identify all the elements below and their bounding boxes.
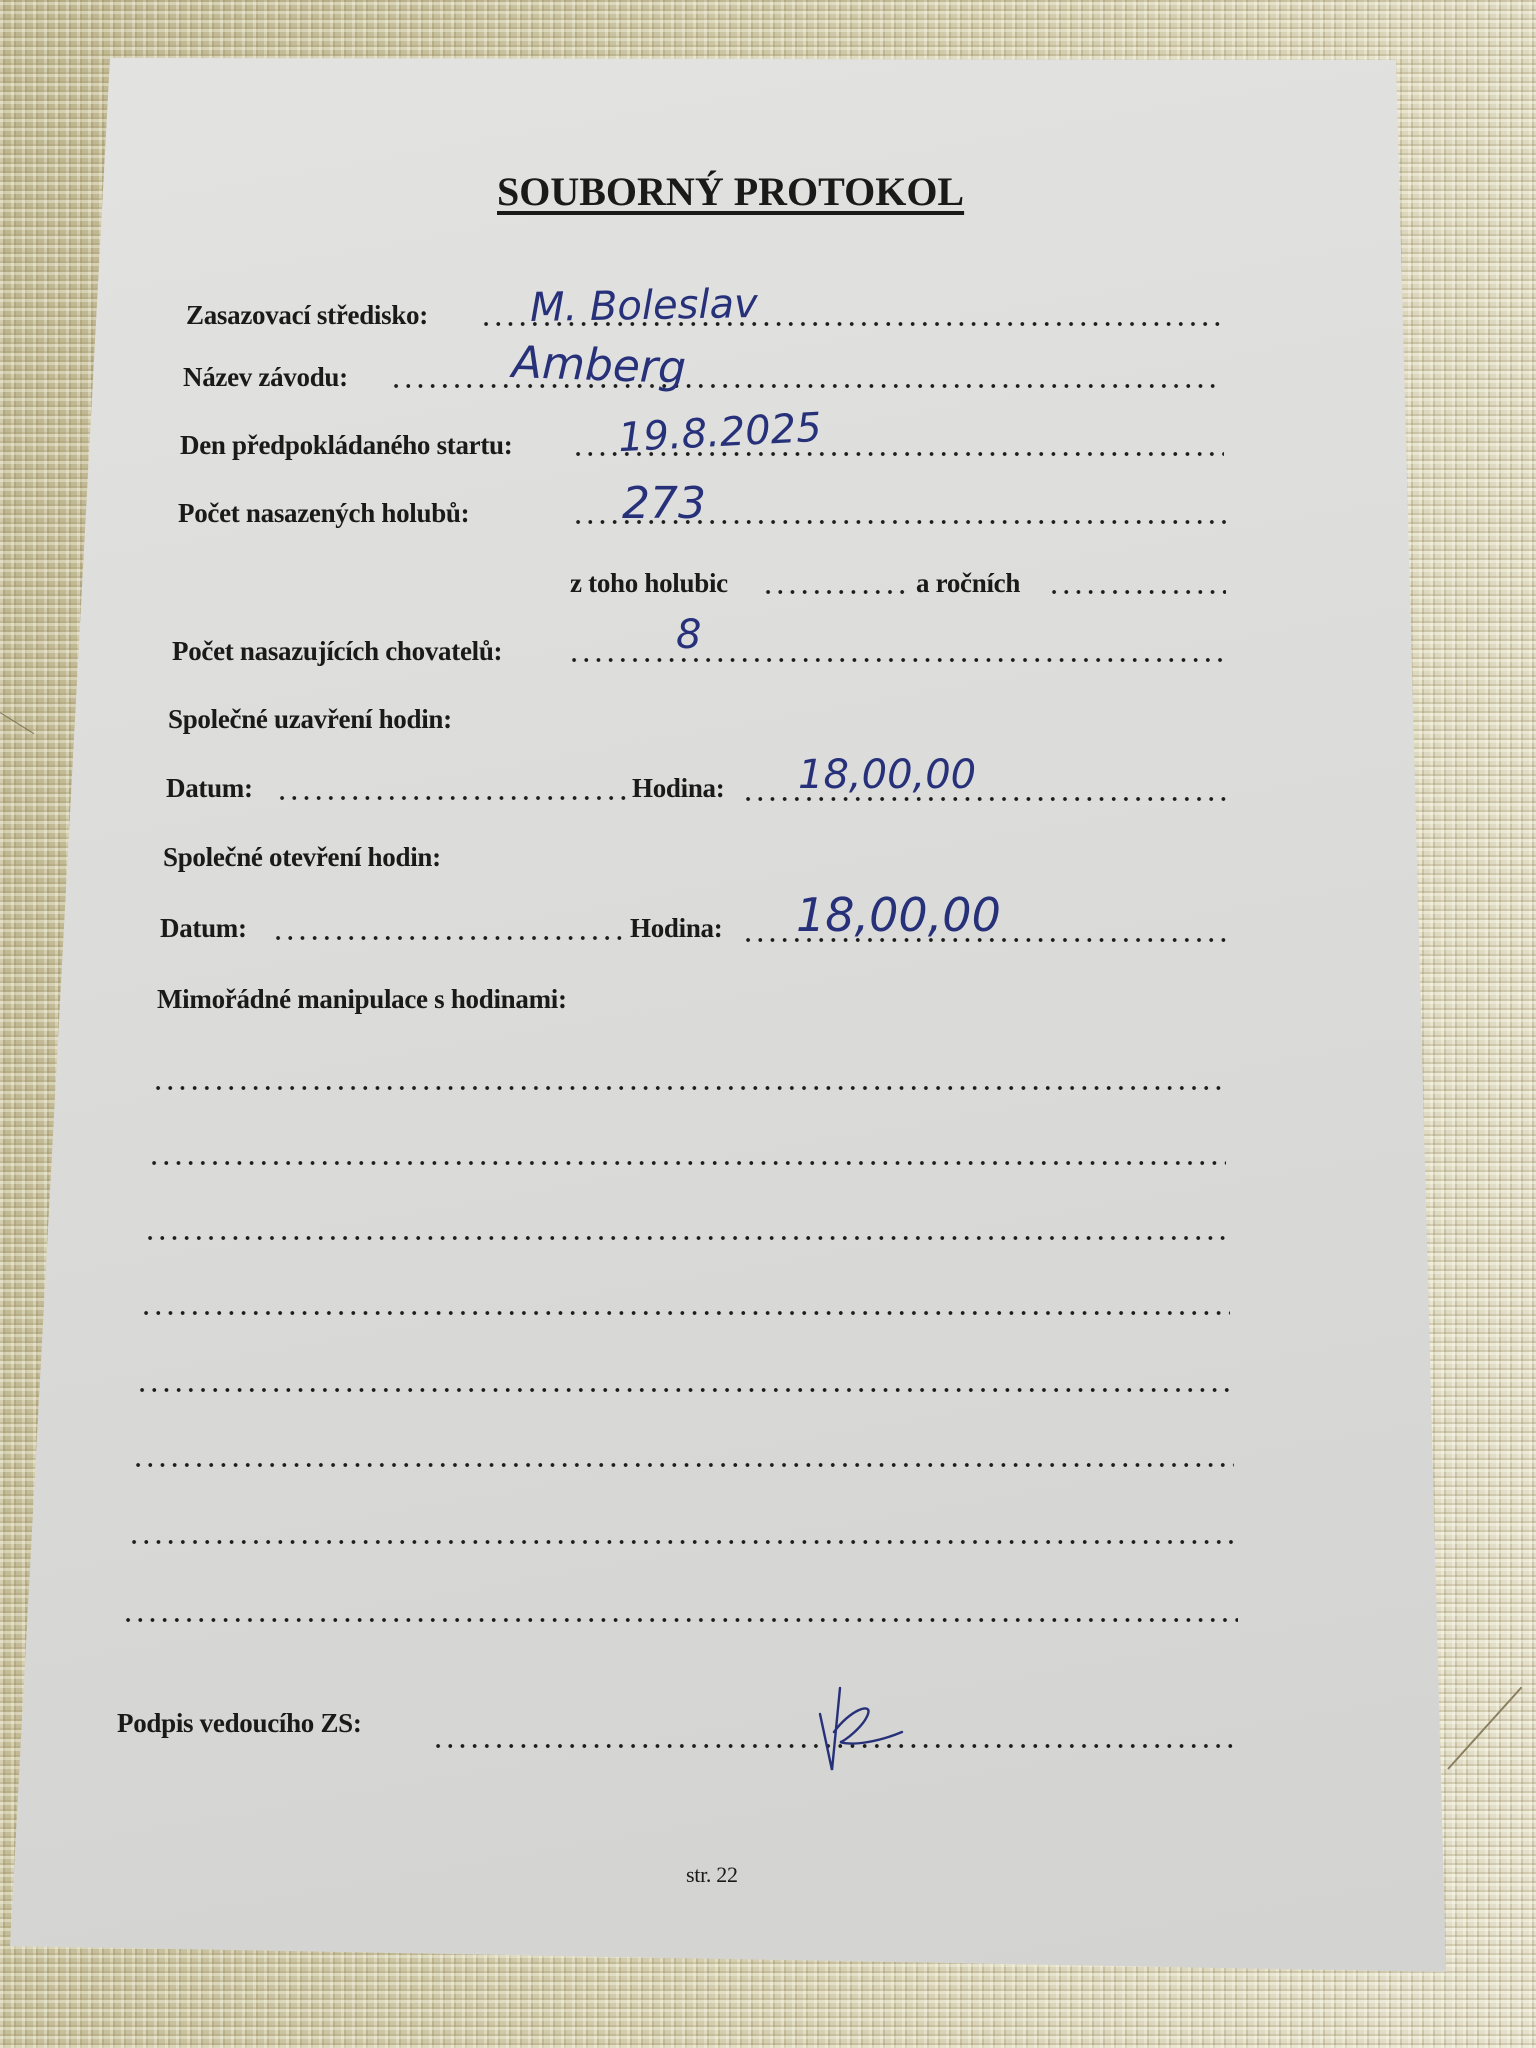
pigeon-count-label: Počet nasazených holubů: [178,498,469,529]
signature-label: Podpis vedoucího ZS: [117,1708,362,1739]
hens-dotted-line[interactable] [762,590,910,594]
clock-opening-time-label: Hodina: [630,913,722,944]
clock-closing-heading: Společné uzavření hodin: [168,704,452,735]
pigeon-count-handwritten-value: 273 [622,478,706,529]
manipulations-line-3[interactable] [144,1236,1228,1240]
page-title: SOUBORNÝ PROTOKOL [497,168,964,215]
race-name-handwritten-value: Amberg [511,337,687,394]
manipulations-line-4[interactable] [140,1311,1230,1315]
breeder-count-label: Počet nasazujících chovatelů: [172,636,502,667]
race-name-label: Název závodu: [183,362,348,393]
clock-opening-time-handwritten-value: 18,00,00 [796,888,1001,942]
center-label: Zasazovací středisko: [186,300,428,331]
clock-opening-date-dotted-line[interactable] [272,936,624,940]
manipulations-line-8[interactable] [122,1618,1238,1622]
center-handwritten-value: M. Boleslav [530,281,758,331]
manipulations-line-1[interactable] [152,1086,1225,1090]
breeder-count-dotted-line[interactable] [568,658,1228,662]
table-scratch-mark [0,712,34,734]
manipulations-line-2[interactable] [148,1161,1226,1165]
clock-closing-date-dotted-line[interactable] [276,796,626,800]
manipulations-line-7[interactable] [128,1540,1236,1544]
manipulations-line-5[interactable] [136,1388,1232,1392]
clock-closing-time-handwritten-value: 18,00,00 [798,752,976,798]
hens-label: z toho holubic [570,568,728,599]
manipulations-heading: Mimořádné manipulace s hodinami: [157,984,567,1015]
clock-opening-heading: Společné otevření hodin: [163,842,441,873]
clock-closing-time-label: Hodina: [632,773,724,804]
yearlings-label: a ročních [916,568,1020,599]
clock-opening-date-label: Datum: [160,913,247,944]
manipulations-line-6[interactable] [132,1463,1234,1467]
clock-closing-date-label: Datum: [166,773,253,804]
table-edge-mark [1447,1687,1522,1770]
page-number: str. 22 [686,1862,738,1888]
signature-mark-icon [810,1680,940,1780]
start-date-label: Den předpokládaného startu: [180,430,512,461]
breeder-count-handwritten-value: 8 [676,612,701,658]
yearlings-dotted-line[interactable] [1048,590,1226,594]
